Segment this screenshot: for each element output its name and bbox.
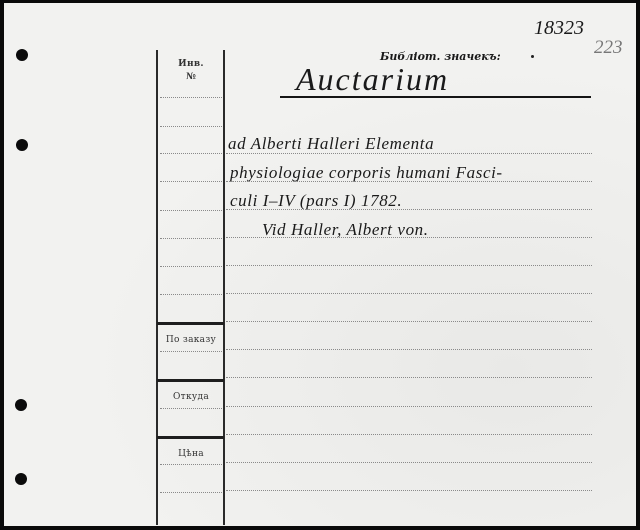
ruled-line — [226, 209, 592, 210]
ruled-line — [226, 181, 592, 182]
card-title: Auctarium — [296, 61, 449, 98]
catalog-card: 18323 223 Инв. № По заказу Откуда Цѣна Б… — [4, 3, 636, 526]
binder-hole-icon — [15, 399, 27, 411]
ruled-line — [160, 153, 222, 154]
ruled-line — [226, 321, 592, 322]
ruled-line — [160, 408, 222, 409]
inventory-label: Инв. — [158, 59, 224, 69]
ruled-line — [160, 464, 222, 465]
body-line: ad Alberti Halleri Elementa — [228, 134, 434, 154]
binder-hole-icon — [16, 49, 28, 61]
ruled-line — [160, 238, 222, 239]
ruled-line — [160, 266, 222, 267]
ruled-line — [226, 462, 592, 463]
section-divider — [157, 322, 224, 325]
pencil-number: 223 — [594, 37, 623, 59]
ruled-line — [226, 237, 592, 238]
ruled-line — [226, 153, 592, 154]
ruled-line — [226, 265, 592, 266]
binder-hole-icon — [15, 473, 27, 485]
title-underline — [280, 96, 591, 98]
body-line: culi I–IV (pars I) 1782. — [230, 191, 402, 211]
ruled-line — [226, 490, 592, 491]
ruled-line — [160, 97, 222, 98]
price-label: Цѣна — [158, 449, 224, 459]
ruled-line — [226, 293, 592, 294]
order-label: По заказу — [158, 335, 224, 345]
ruled-line — [226, 349, 592, 350]
ruled-line — [160, 294, 222, 295]
section-divider — [157, 379, 224, 382]
number-sign-label: № — [158, 72, 224, 82]
ruled-line — [160, 351, 222, 352]
accession-number: 18323 — [534, 17, 584, 40]
ruled-line — [160, 492, 222, 493]
body-line: physiologiae corporis humani Fasci- — [230, 163, 503, 183]
ruled-line — [226, 377, 592, 378]
section-divider — [157, 436, 224, 439]
binder-hole-icon — [16, 139, 28, 151]
ruled-line — [226, 406, 592, 407]
ruled-line — [160, 126, 222, 127]
ruled-line — [226, 434, 592, 435]
ruled-line — [160, 181, 222, 182]
ruled-line — [160, 210, 222, 211]
source-label: Откуда — [158, 392, 224, 402]
dot-mark — [531, 55, 534, 58]
